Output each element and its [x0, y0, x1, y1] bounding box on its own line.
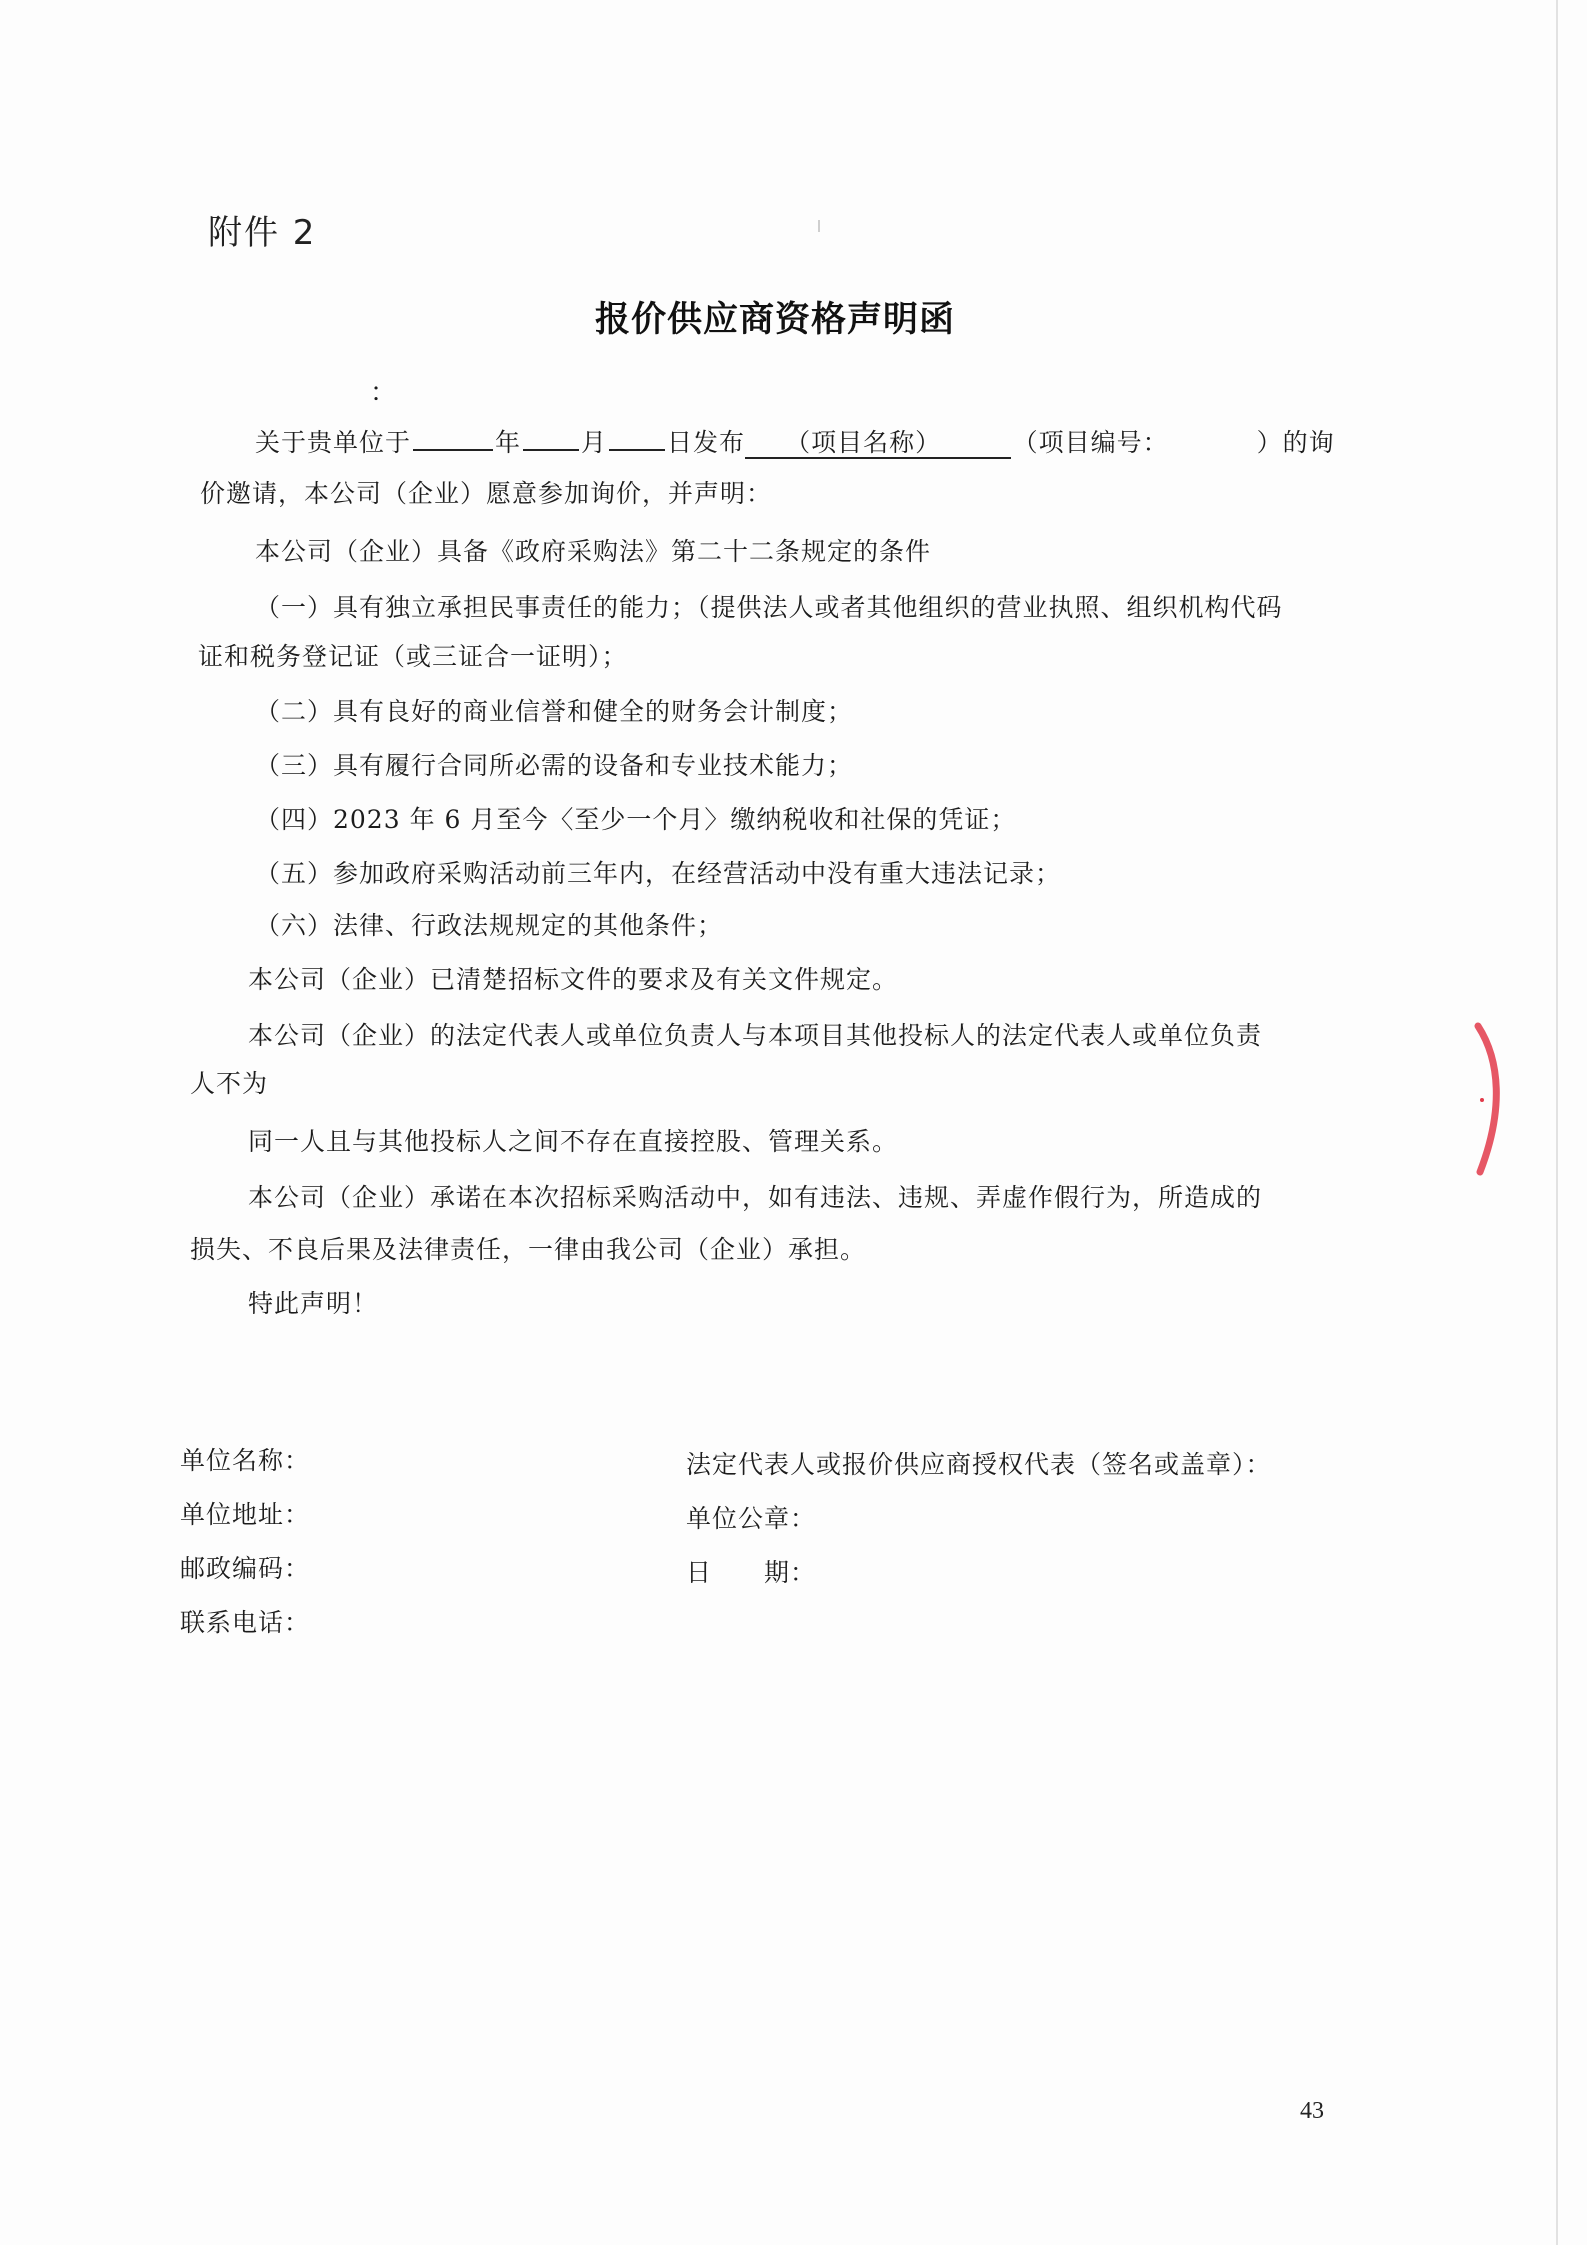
conditions-heading: 本公司（企业）具备《政府采购法》第二十二条规定的条件	[255, 532, 931, 568]
condition-4: （四）2023 年 6 月至今〈至少一个月〉缴纳税收和社保的凭证；	[255, 800, 1016, 836]
intro-prefix: 关于贵单位于	[255, 428, 411, 457]
statement-closing: 特此声明！	[248, 1284, 378, 1320]
intro-line-2: 价邀请，本公司（企业）愿意参加询价，并声明：	[200, 474, 772, 510]
unit-address-label: 单位地址：	[180, 1488, 310, 1542]
condition-1-line-1: （一）具有独立承担民事责任的能力；（提供法人或者其他组织的营业执照、组织机构代码	[255, 588, 1283, 624]
statement-understood: 本公司（企业）已清楚招标文件的要求及有关文件规定。	[248, 960, 898, 996]
attachment-label: 附件 2	[208, 205, 316, 254]
document-title: 报价供应商资格声明函	[595, 292, 955, 342]
year-blank[interactable]	[413, 427, 493, 451]
signatory-label: 法定代表人或报价供应商授权代表（签名或盖章）：	[686, 1438, 1272, 1492]
day-blank[interactable]	[609, 427, 665, 451]
intro-line-1: 关于贵单位于年月日发布（项目名称）（项目编号：）的询	[255, 423, 1335, 459]
condition-3: （三）具有履行合同所必需的设备和专业技术能力；	[255, 746, 853, 782]
scan-artifact	[818, 220, 820, 232]
project-number-label: （项目编号：	[1025, 428, 1169, 457]
statement-representative-line-3: 同一人且与其他投标人之间不存在直接控股、管理关系。	[248, 1122, 898, 1158]
day-unit: 日发布	[667, 428, 745, 457]
company-seal-label: 单位公章：	[686, 1492, 1272, 1546]
addressee-colon: ：	[370, 372, 396, 409]
footer-left-fields: 单位名称： 单位地址： 邮政编码： 联系电话：	[180, 1434, 310, 1650]
condition-1-line-2: 证和税务登记证（或三证合一证明）；	[198, 637, 628, 673]
condition-6: （六）法律、行政法规规定的其他条件；	[255, 906, 723, 942]
page-edge-line	[1556, 0, 1558, 2245]
date-label: 日 期：	[686, 1546, 1272, 1600]
condition-5: （五）参加政府采购活动前三年内，在经营活动中没有重大违法记录；	[255, 854, 1061, 890]
project-number-close: ）的询	[1257, 428, 1335, 457]
month-unit: 月	[581, 428, 607, 457]
postal-code-label: 邮政编码：	[180, 1542, 310, 1596]
statement-representative-line-1: 本公司（企业）的法定代表人或单位负责人与本项目其他投标人的法定代表人或单位负责	[248, 1016, 1262, 1052]
phone-label: 联系电话：	[180, 1596, 310, 1650]
page-number: 43	[1300, 2098, 1324, 2125]
seal-stamp-icon	[1470, 1020, 1530, 1180]
footer-right-fields: 法定代表人或报价供应商授权代表（签名或盖章）： 单位公章： 日 期：	[686, 1438, 1272, 1600]
statement-commitment-line-1: 本公司（企业）承诺在本次招标采购活动中，如有违法、违规、弄虚作假行为，所造成的	[248, 1178, 1262, 1214]
condition-2: （二）具有良好的商业信誉和健全的财务会计制度；	[255, 692, 853, 728]
statement-representative-line-2: 人不为	[190, 1064, 268, 1100]
unit-name-label: 单位名称：	[180, 1434, 310, 1488]
month-blank[interactable]	[523, 427, 579, 451]
document-page: 附件 2 报价供应商资格声明函 ： 关于贵单位于年月日发布（项目名称）（项目编号…	[0, 0, 1587, 2245]
project-name-field[interactable]: （项目名称）	[745, 428, 1011, 459]
statement-commitment-line-2: 损失、不良后果及法律责任，一律由我公司（企业）承担。	[190, 1230, 866, 1266]
year-unit: 年	[495, 428, 521, 457]
